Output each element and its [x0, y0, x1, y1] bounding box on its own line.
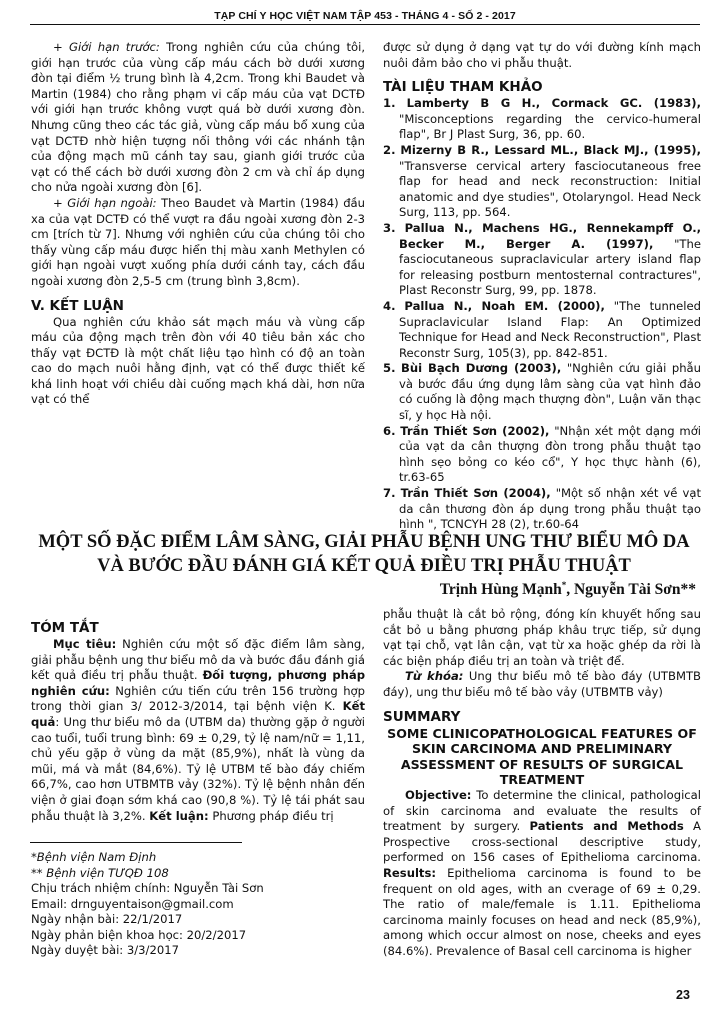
reference-item: 7. Trần Thiết Sơn (2004), "Một số nhận x…	[383, 486, 701, 533]
lateral-limit-paragraph: + Giới hạn ngoài: Theo Baudet và Martin …	[31, 196, 365, 290]
footnote-affiliation-2: ** Bệnh viện TƯQĐ 108	[31, 866, 365, 882]
reference-item: 2. Mizerny B R., Lessard ML., Black MJ.,…	[383, 143, 701, 221]
author-2: Nguyễn Tài Sơn**	[574, 581, 696, 598]
reference-item: 3. Pallua N., Machens HG., Rennekampff O…	[383, 221, 701, 299]
article-title: MỘT SỐ ĐẶC ĐIỂM LÂM SÀNG, GIẢI PHẪU BỆNH…	[20, 530, 708, 578]
journal-running-title: TẠP CHÍ Y HỌC VIỆT NAM TẬP 453 - THÁNG 4…	[214, 10, 516, 22]
footnotes: *Bệnh viện Nam Định ** Bệnh viện TƯQĐ 10…	[31, 850, 365, 959]
references-heading: TÀI LIỆU THAM KHẢO	[383, 78, 701, 96]
reference-item: 4. Pallua N., Noah EM. (2000), "The tunn…	[383, 299, 701, 361]
conclusion-heading: V. KẾT LUẬN	[31, 297, 365, 315]
reference-item: 1. Lamberty B G H., Cormack GC. (1983), …	[383, 96, 701, 143]
anterior-limit-label: + Giới hạn trước:	[53, 40, 160, 54]
summary-column: phẫu thuật là cắt bỏ rộng, đóng kín khuy…	[383, 607, 701, 959]
conclusion-continuation: được sử dụng ở dạng vạt tự do với đường …	[383, 40, 701, 71]
footnote-accepted-date: Ngày duyệt bài: 3/3/2017	[31, 943, 365, 959]
abstract-paragraph: Mục tiêu: Nghiên cứu một số đặc điểm lâm…	[31, 637, 365, 824]
anterior-limit-paragraph: + Giới hạn trước: Trong nghiên cứu của c…	[31, 40, 365, 196]
footnote-corresponding-author: Chịu trách nhiệm chính: Nguyễn Tài Sơn	[31, 881, 365, 897]
summary-paragraph: Objective: To determine the clinical, pa…	[383, 788, 701, 960]
footnote-divider	[30, 842, 242, 843]
footnote-review-date: Ngày phản biện khoa học: 20/2/2017	[31, 928, 365, 944]
article-authors: Trịnh Hùng Mạnh*, Nguyễn Tài Sơn**	[440, 580, 696, 599]
abstract-column: TÓM TẮT Mục tiêu: Nghiên cứu một số đặc …	[31, 612, 365, 824]
lateral-limit-label: + Giới hạn ngoài:	[53, 196, 157, 210]
page-number: 23	[676, 988, 690, 1002]
author-1: Trịnh Hùng Mạnh	[440, 581, 562, 598]
footnote-received-date: Ngày nhận bài: 22/1/2017	[31, 912, 365, 928]
running-header: TẠP CHÍ Y HỌC VIỆT NAM TẬP 453 - THÁNG 4…	[30, 10, 700, 25]
footnote-affiliation-1: *Bệnh viện Nam Định	[31, 850, 365, 866]
prev-article-left-column: + Giới hạn trước: Trong nghiên cứu của c…	[31, 40, 365, 408]
article-title-line-1: MỘT SỐ ĐẶC ĐIỂM LÂM SÀNG, GIẢI PHẪU BỆNH…	[20, 530, 708, 554]
abstract-conclusion-continuation: phẫu thuật là cắt bỏ rộng, đóng kín khuy…	[383, 607, 701, 669]
abstract-conclusion-start: Phương pháp điều trị	[209, 809, 334, 823]
footnote-email: Email: drnguyentaison@gmail.com	[31, 897, 365, 913]
prev-article-right-column: được sử dụng ở dạng vạt tự do với đường …	[383, 40, 701, 533]
reference-item: 6. Trần Thiết Sơn (2002), "Nhận xét một …	[383, 424, 701, 486]
summary-heading: SUMMARY	[383, 708, 701, 726]
reference-list: 1. Lamberty B G H., Cormack GC. (1983), …	[383, 96, 701, 533]
abstract-heading: TÓM TẮT	[31, 619, 365, 637]
keywords-label: Từ khóa:	[405, 669, 463, 683]
keywords-paragraph: Từ khóa: Ung thư biểu mô tế bào đáy (UTB…	[383, 669, 701, 700]
reference-item: 5. Bùi Bạch Dương (2003), "Nghiên cứu gi…	[383, 361, 701, 423]
summary-title: SOME CLINICOPATHOLOGICAL FEATURES OF SKI…	[383, 726, 701, 788]
conclusion-paragraph: Qua nghiên cứu khảo sát mạch máu và vùng…	[31, 315, 365, 409]
article-title-line-2: VÀ BƯỚC ĐẦU ĐÁNH GIÁ KẾT QUẢ ĐIỀU TRỊ PH…	[20, 554, 708, 578]
